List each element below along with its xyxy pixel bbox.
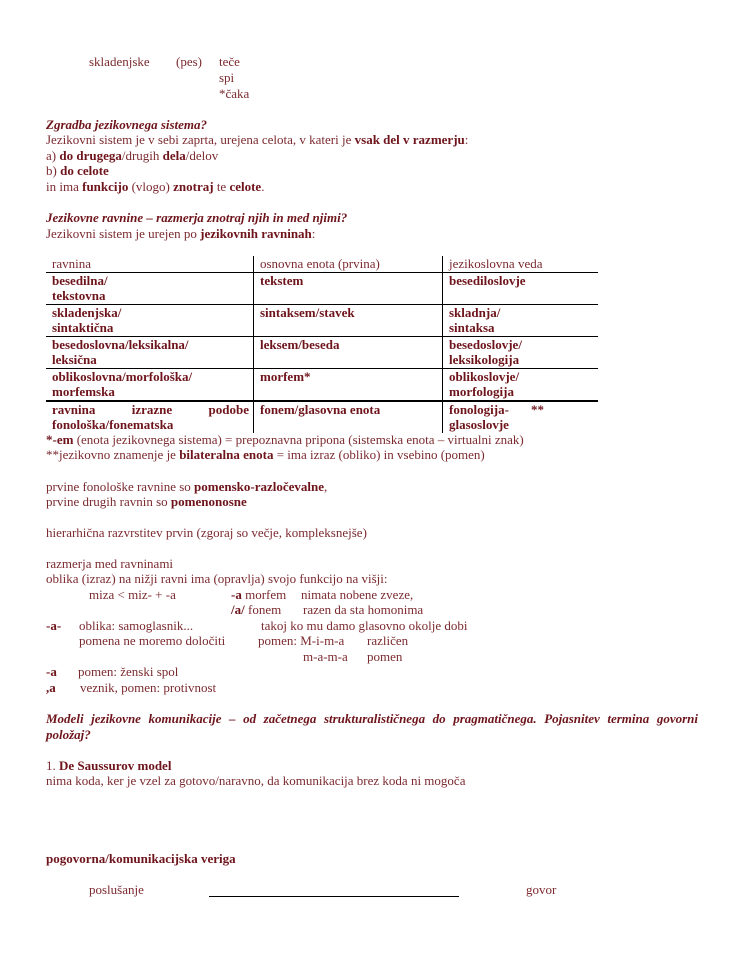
footnote-1: *-em (enota jezikovnega sistema) = prepo…: [46, 432, 524, 447]
example-label: ,a: [46, 680, 56, 695]
paragraph-line: Jezikovni sistem je v sebi zaprta, ureje…: [46, 132, 468, 147]
table-cell: sintaksem/stavek: [254, 304, 443, 336]
example-line: nimata nobene zveze,: [301, 587, 413, 602]
heading-word: pragmatičnega.: [453, 711, 536, 727]
example-line: razen da sta homonima: [303, 602, 423, 617]
heading-word: jezikovne: [91, 711, 141, 727]
footnote-2: **jezikovno znamenje je bilateralna enot…: [46, 447, 485, 462]
heading-word: Pojasnitev: [544, 711, 600, 727]
table-cell: skladnja/sintaksa: [443, 304, 599, 336]
example-line: različen: [367, 633, 408, 648]
example-word-skladenjske: skladenjske: [89, 54, 150, 69]
heading-word: začetnega: [264, 711, 317, 727]
table-cell: oblikoslovna/morfološka/morfemska: [46, 368, 254, 401]
heading-word: –: [229, 711, 236, 727]
example-line: pomen: ženski spol: [78, 664, 178, 679]
table-cell: besediloslovje: [443, 272, 599, 304]
example-verb-3: *čaka: [219, 86, 249, 101]
example-line: pomen: M-i-m-a: [258, 633, 344, 648]
heading-word: govorni: [657, 711, 698, 727]
example-line: /a/ fonem: [231, 602, 281, 617]
table-cell: leksem/beseda: [254, 336, 443, 368]
table-cell: morfem*: [254, 368, 443, 401]
paragraph-line: hierarhična razvrstitev prvin (zgoraj so…: [46, 525, 367, 540]
example-line: pomena ne moremo določiti: [79, 633, 225, 648]
example-line: takoj ko mu damo glasovno okolje dobi: [261, 618, 468, 633]
table-row: skladenjska/sintaktična sintaksem/stavek…: [46, 304, 598, 336]
paragraph-line: prvine drugih ravnin so pomenonosne: [46, 494, 247, 509]
paragraph-line: prvine fonološke ravnine so pomensko-raz…: [46, 479, 327, 494]
paragraph-line: razmerja med ravninami: [46, 556, 173, 571]
heading-word: termina: [607, 711, 649, 727]
table-header: jezikoslovna veda: [443, 256, 599, 272]
chain-label-left: poslušanje: [89, 882, 144, 897]
example-line: -a morfem: [231, 587, 286, 602]
section-heading-veriga: pogovorna/komunikacijska veriga: [46, 851, 236, 866]
example-label: -a: [46, 664, 57, 679]
table-row: besedoslovna/leksikalna/leksična leksem/…: [46, 336, 598, 368]
heading-word: do: [433, 711, 446, 727]
example-line: veznik, pomen: protivnost: [80, 680, 216, 695]
example-verb-1: teče: [219, 54, 240, 69]
table-row: ravninaizraznepodobe fonološka/fonematsk…: [46, 401, 598, 433]
paragraph-line: oblika (izraz) na nižji ravni ima (oprav…: [46, 571, 388, 586]
table-cell: ravninaizraznepodobe fonološka/fonematsk…: [46, 401, 254, 433]
table-header-row: ravnina osnovna enota (prvina) jezikoslo…: [46, 256, 598, 272]
section-heading-modeli-cont: položaj?: [46, 727, 91, 742]
table-header: osnovna enota (prvina): [254, 256, 443, 272]
example-line: pomen: [367, 649, 402, 664]
example-line: miza < miz- + -a: [89, 587, 176, 602]
table-cell: besedoslovna/leksikalna/leksična: [46, 336, 254, 368]
heading-word: od: [243, 711, 256, 727]
paragraph-line: nima koda, ker je vzel za gotovo/naravno…: [46, 773, 465, 788]
list-item-b: b) do celote: [46, 163, 109, 178]
chain-label-right: govor: [526, 882, 556, 897]
table-cell: skladenjska/sintaktična: [46, 304, 254, 336]
table-cell: fonologija-**glasoslovje: [443, 401, 599, 433]
table-header: ravnina: [46, 256, 254, 272]
example-line: oblika: samoglasnik...: [79, 618, 193, 633]
table-row: oblikoslovna/morfološka/morfemska morfem…: [46, 368, 598, 401]
section-heading-ravnine: Jezikovne ravnine – razmerja znotraj nji…: [46, 210, 347, 225]
example-word-pes: (pes): [176, 54, 202, 69]
section-heading-zgradba: Zgradba jezikovnega sistema?: [46, 117, 207, 132]
list-item-a: a) do drugega/drugih dela/delov: [46, 148, 218, 163]
chain-line: [209, 896, 459, 897]
example-line: m-a-m-a: [303, 649, 348, 664]
model-title: 1. De Saussurov model: [46, 758, 171, 773]
example-verb-2: spi: [219, 70, 234, 85]
section-heading-modeli: Modelijezikovnekomunikacije–odzačetnegas…: [46, 711, 698, 727]
paragraph-line: in ima funkcijo (vlogo) znotraj te celot…: [46, 179, 264, 194]
ravnine-table: ravnina osnovna enota (prvina) jezikoslo…: [46, 256, 598, 433]
table-cell: besedoslovje/leksikologija: [443, 336, 599, 368]
heading-word: komunikacije: [149, 711, 222, 727]
table-row: besedilna/tekstovna tekstem besediloslov…: [46, 272, 598, 304]
paragraph-line: Jezikovni sistem je urejen po jezikovnih…: [46, 226, 315, 241]
table-cell: oblikoslovje/morfologija: [443, 368, 599, 401]
table-cell: besedilna/tekstovna: [46, 272, 254, 304]
table-cell: tekstem: [254, 272, 443, 304]
table-cell: fonem/glasovna enota: [254, 401, 443, 433]
heading-word: Modeli: [46, 711, 84, 727]
heading-word: strukturalističnega: [324, 711, 425, 727]
example-label: -a-: [46, 618, 61, 633]
